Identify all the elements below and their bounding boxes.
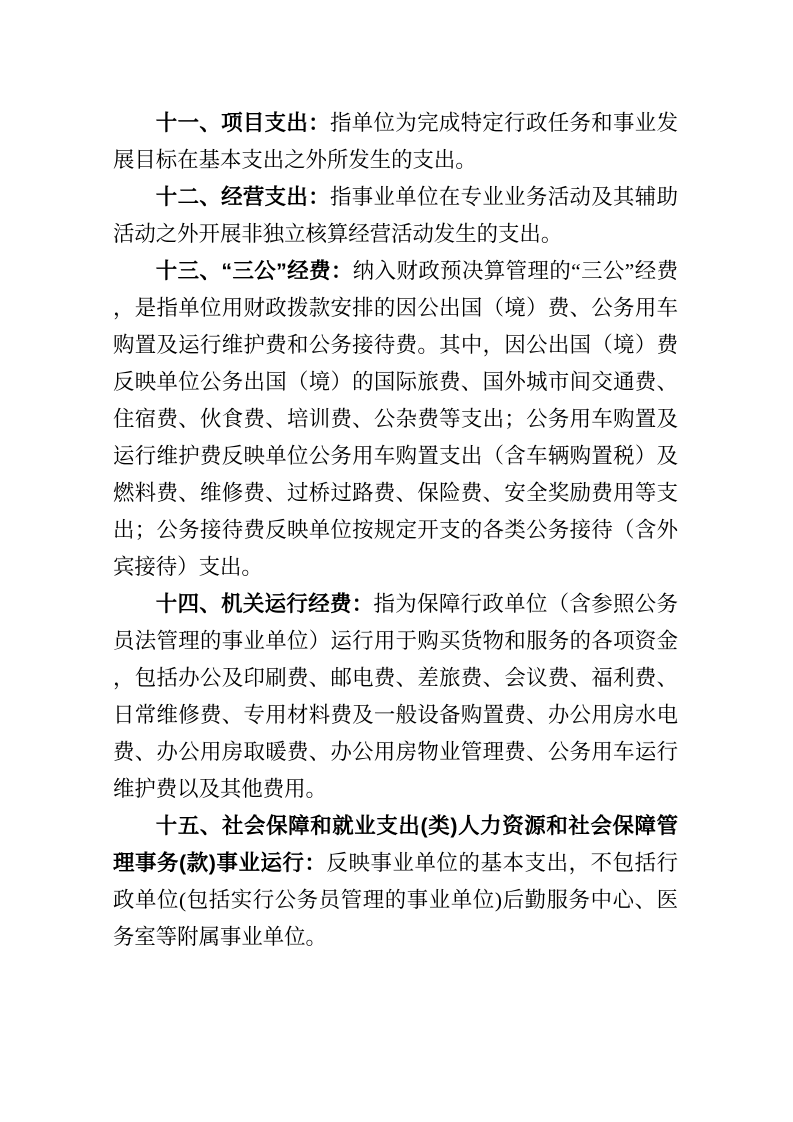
paragraph-body: 纳入财政预决算管理的“三公”经费，是指单位用财政拨款安排的因公出国（境）费、公务… xyxy=(113,259,678,579)
paragraph-heading: 十三、“三公”经费： xyxy=(156,259,353,283)
paragraph: 十一、项目支出：指单位为完成特定行政任务和事业发展目标在基本支出之外所发生的支出… xyxy=(113,105,678,179)
paragraph-heading: 十四、机关运行经费： xyxy=(156,592,374,616)
paragraph: 十五、社会保障和就业支出(类)人力资源和社会保障管理事务(款)事业运行：反映事业… xyxy=(113,808,678,956)
paragraph: 十二、经营支出：指事业单位在专业业务活动及其辅助活动之外开展非独立核算经营活动发… xyxy=(113,179,678,253)
paragraph-heading: 十一、项目支出： xyxy=(156,111,330,135)
paragraph-heading: 十二、经营支出： xyxy=(156,185,330,209)
paragraph-body: 指为保障行政单位（含参照公务员法管理的事业单位）运行用于购买货物和服务的各项资金… xyxy=(113,592,678,801)
paragraph: 十四、机关运行经费：指为保障行政单位（含参照公务员法管理的事业单位）运行用于购买… xyxy=(113,586,678,808)
paragraph: 十三、“三公”经费：纳入财政预决算管理的“三公”经费，是指单位用财政拨款安排的因… xyxy=(113,253,678,586)
document-page: 十一、项目支出：指单位为完成特定行政任务和事业发展目标在基本支出之外所发生的支出… xyxy=(0,0,793,1122)
